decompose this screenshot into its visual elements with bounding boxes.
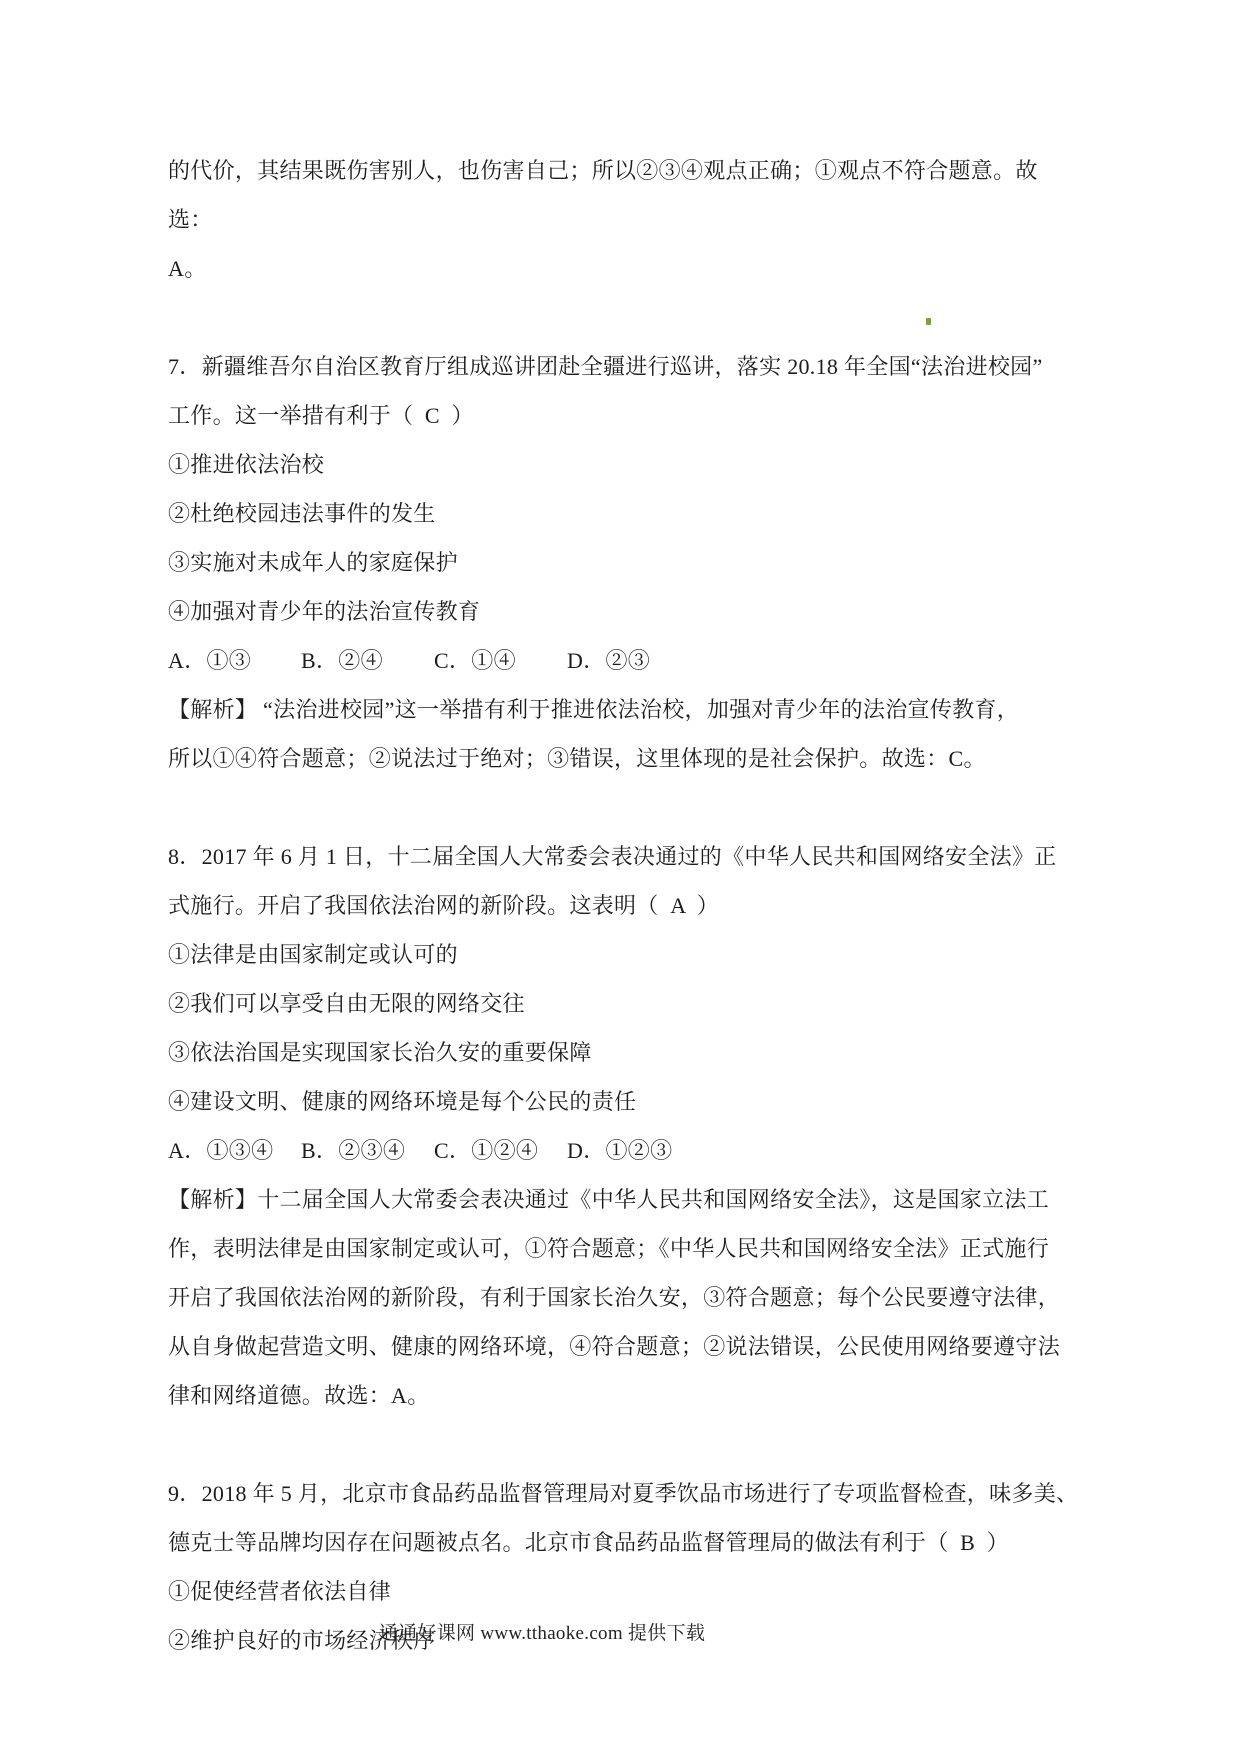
question-8-analysis-line-3: 开启了我国依法治网的新阶段，有利于国家长治久安，③符合题意；每个公民要遵守法律， (168, 1273, 1080, 1322)
question-8-stem-line-2: 式施行。开启了我国依法治网的新阶段。这表明（ A ） (168, 881, 1080, 930)
analysis-text-line: 的代价，其结果既伤害别人，也伤害自己；所以②③④观点正确；①观点不符合题意。故选… (168, 146, 1080, 244)
carryover-analysis: 的代价，其结果既伤害别人，也伤害自己；所以②③④观点正确；①观点不符合题意。故选… (168, 146, 1080, 293)
question-7-choice-a: A．①③ (168, 636, 301, 685)
question-7-choice-d: D．②③ (567, 636, 650, 685)
question-7-item-4: ④加强对青少年的法治宣传教育 (168, 587, 1080, 636)
question-8-analysis-line-2: 作，表明法律是由国家制定或认可，①符合题意；《中华人民共和国网络安全法》正式施行 (168, 1224, 1080, 1273)
question-8-analysis-line-4: 从自身做起营造文明、健康的网络环境，④符合题意；②说法错误，公民使用网络要遵守法 (168, 1322, 1080, 1371)
question-7-analysis-line-2: 所以①④符合题意；②说法过于绝对；③错误，这里体现的是社会保护。故选：C。 (168, 734, 1080, 783)
question-8-item-2: ②我们可以享受自由无限的网络交往 (168, 979, 1080, 1028)
question-7-analysis-line-1: 【解析】 “法治进校园”这一举措有利于推进依法治校，加强对青少年的法治宣传教育， (168, 685, 1080, 734)
question-8: 8．2017 年 6 月 1 日，十二届全国人大常委会表决通过的《中华人民共和国… (168, 832, 1080, 1420)
question-8-stem-line-1: 8．2017 年 6 月 1 日，十二届全国人大常委会表决通过的《中华人民共和国… (168, 832, 1080, 881)
question-7-item-2: ②杜绝校园违法事件的发生 (168, 489, 1080, 538)
question-7-choice-b: B．②④ (301, 636, 434, 685)
question-8-analysis-line-1: 【解析】十二届全国人大常委会表决通过《中华人民共和国网络安全法》，这是国家立法工 (168, 1175, 1080, 1224)
question-8-item-1: ①法律是由国家制定或认可的 (168, 930, 1080, 979)
question-8-analysis-line-5: 律和网络道德。故选：A。 (168, 1371, 1080, 1420)
question-8-choice-c: C．①②④ (434, 1126, 567, 1175)
question-8-item-3: ③依法治国是实现国家长治久安的重要保障 (168, 1028, 1080, 1077)
question-8-choice-a: A．①③④ (168, 1126, 301, 1175)
question-7-stem-line-2: 工作。这一举措有利于（ C ） (168, 391, 1080, 440)
analysis-answer-line: A。 (168, 244, 1080, 293)
question-7-choice-c: C．①④ (434, 636, 567, 685)
question-7-stem-line-1: 7．新疆维吾尔自治区教育厅组成巡讲团赴全疆进行巡讲，落实 20.18 年全国“法… (168, 342, 1080, 391)
question-9-stem-line-2: 德克士等品牌均因存在问题被点名。北京市食品药品监督管理局的做法有利于（ B ） (168, 1518, 1080, 1567)
question-8-item-4: ④建设文明、健康的网络环境是每个公民的责任 (168, 1077, 1080, 1126)
question-8-choice-d: D．①②③ (567, 1126, 672, 1175)
question-9-stem-line-1: 9．2018 年 5 月，北京市食品药品监督管理局对夏季饮品市场进行了专项监督检… (168, 1469, 1080, 1518)
question-9-item-1: ①促使经营者依法自律 (168, 1567, 1080, 1616)
page-footer-watermark: 通通好课网 www.tthaoke.com 提供下载 (0, 1620, 1162, 1648)
question-7-item-1: ①推进依法治校 (168, 440, 1080, 489)
question-7: 7．新疆维吾尔自治区教育厅组成巡讲团赴全疆进行巡讲，落实 20.18 年全国“法… (168, 342, 1080, 783)
question-7-choices: A．①③ B．②④ C．①④ D．②③ (168, 636, 1080, 685)
document-page: 的代价，其结果既伤害别人，也伤害自己；所以②③④观点正确；①观点不符合题意。故选… (0, 0, 1240, 1754)
question-8-choice-b: B．②③④ (301, 1126, 434, 1175)
spellcheck-mark (926, 318, 931, 325)
question-8-choices: A．①③④ B．②③④ C．①②④ D．①②③ (168, 1126, 1080, 1175)
question-7-item-3: ③实施对未成年人的家庭保护 (168, 538, 1080, 587)
